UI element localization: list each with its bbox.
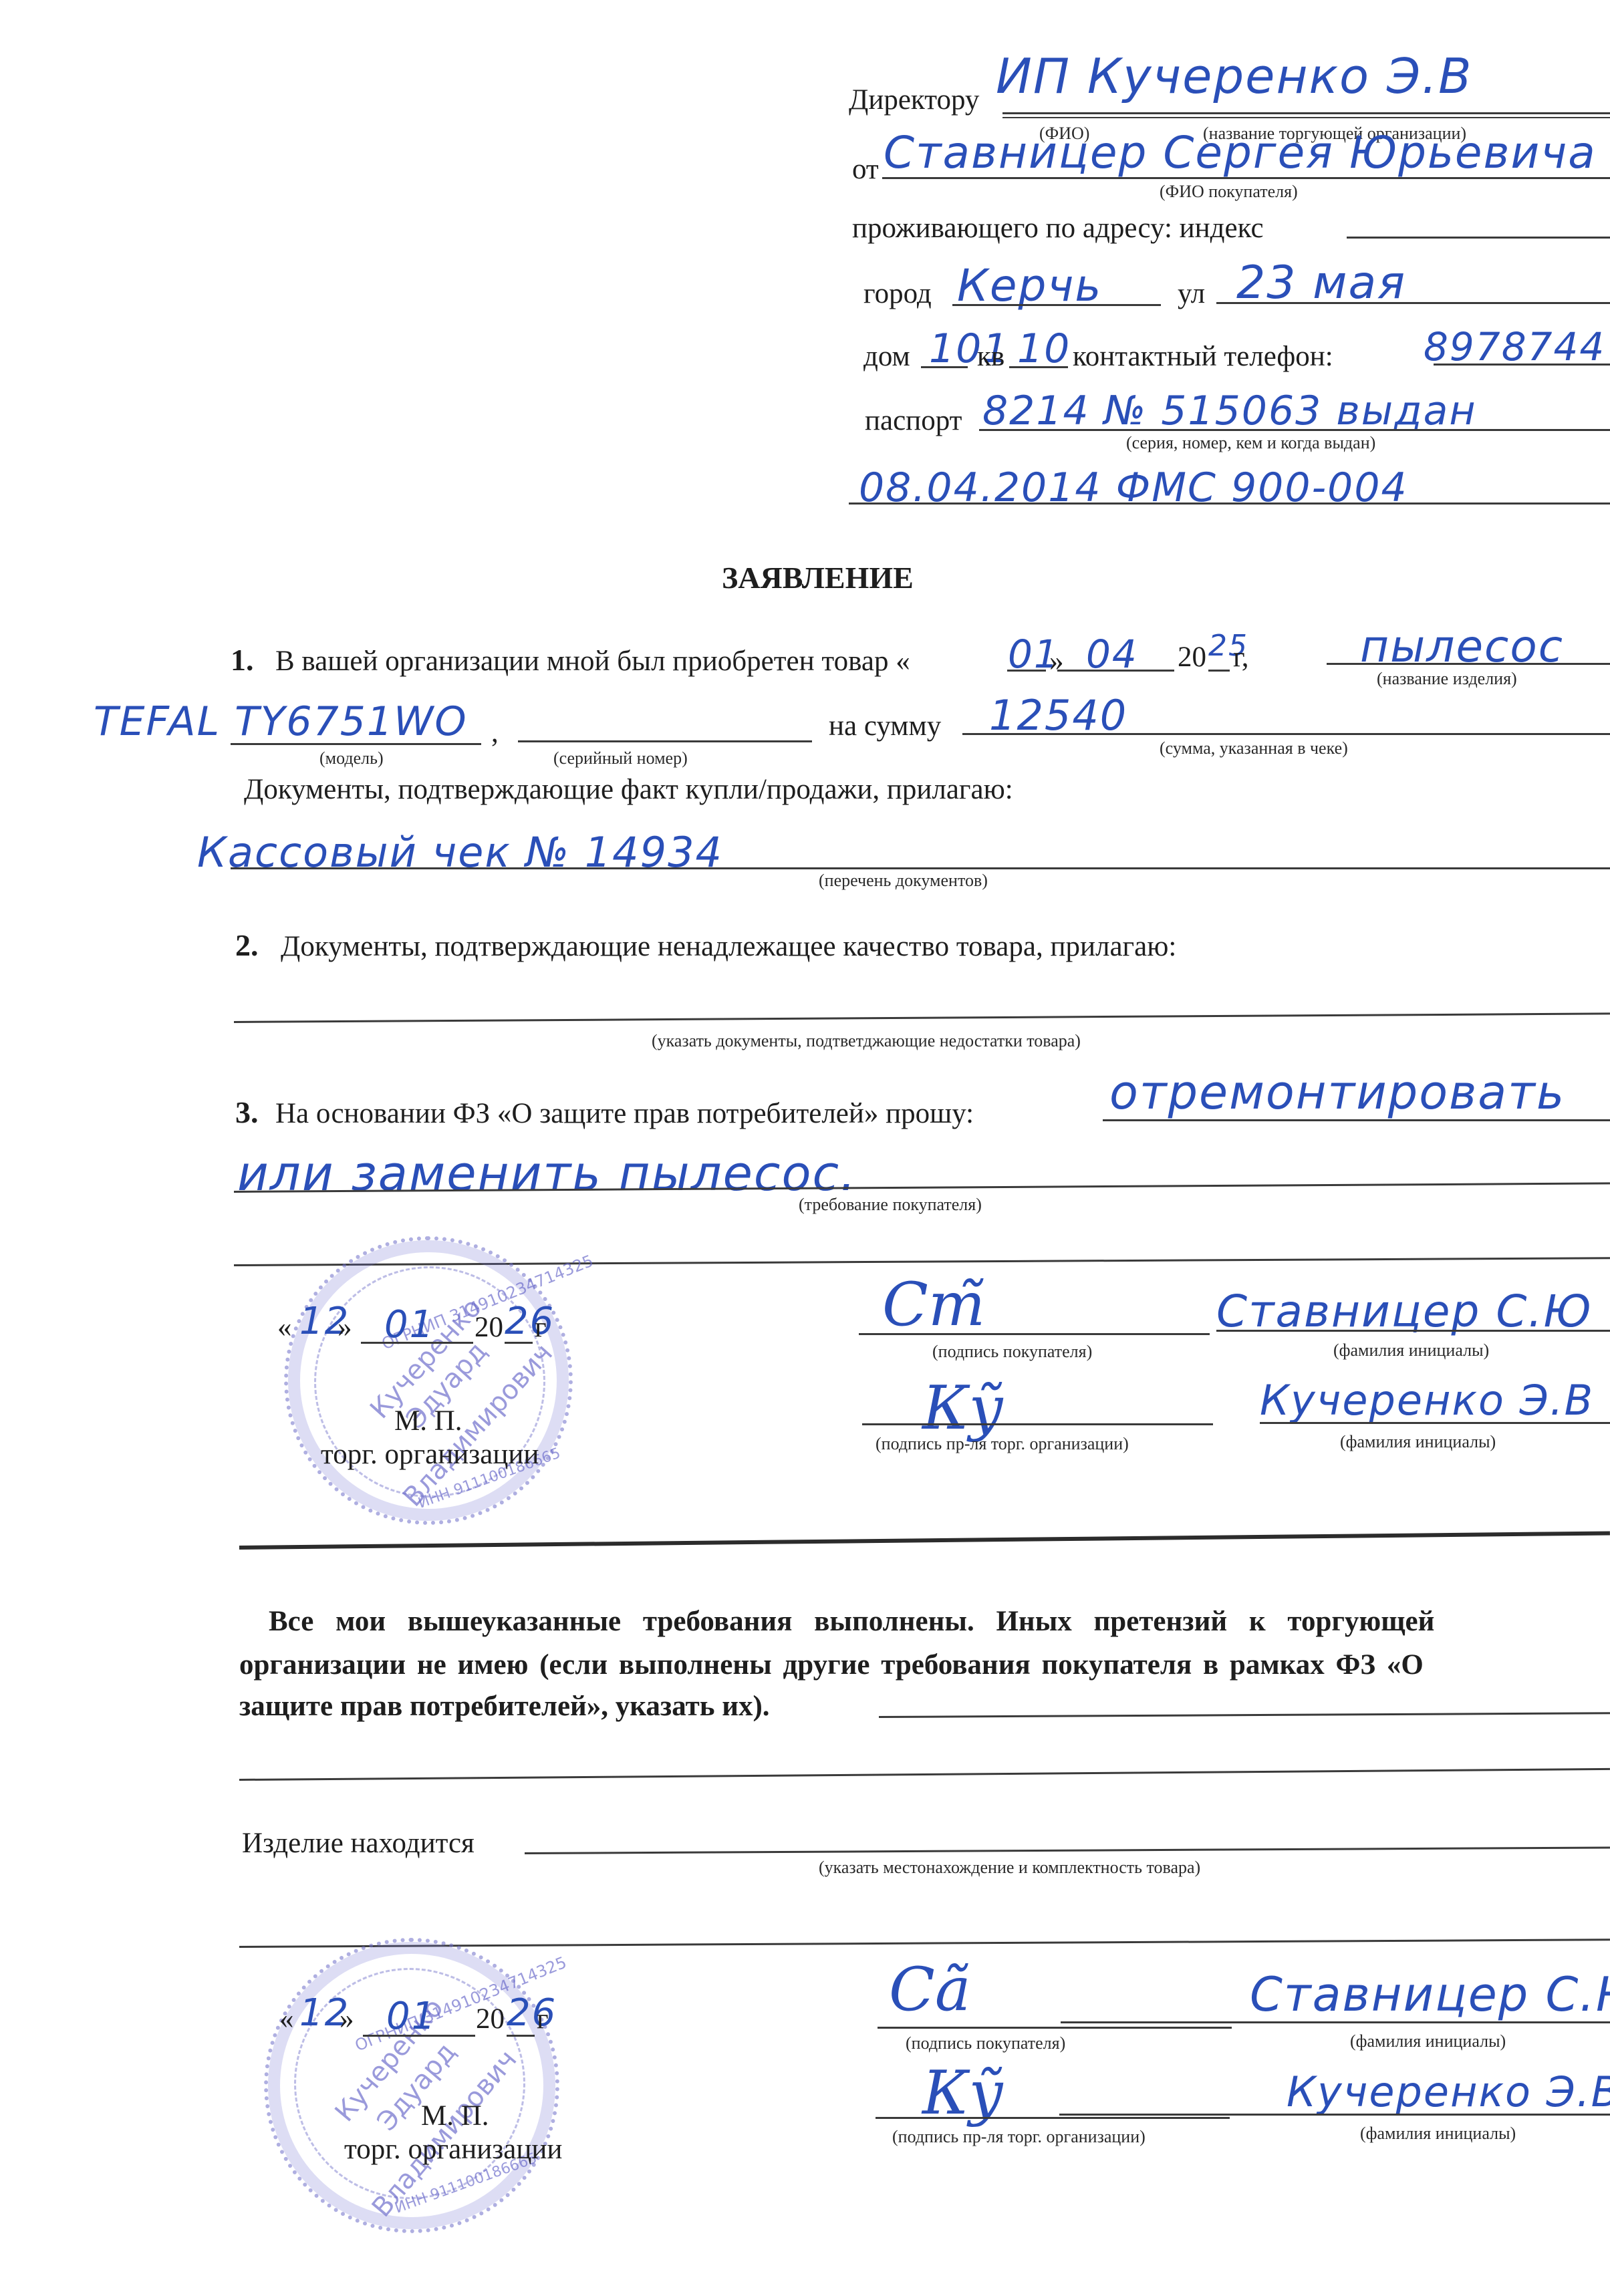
section-2-caption: (указать документы, подтветджающие недос… — [652, 1032, 1081, 1050]
apt-value[interactable]: 10 — [1017, 329, 1071, 369]
address-label: проживающего по адресу: индекс — [852, 214, 1264, 243]
buyer-signature-underline-1 — [859, 1333, 1210, 1335]
passport-underline-2 — [849, 503, 1610, 505]
model-value[interactable]: TEFAL TY6751WO — [94, 702, 468, 742]
sig2-year-end: г — [537, 2005, 549, 2033]
product-name-underline — [1327, 663, 1610, 665]
phone-value[interactable]: 8978744 22 — [1424, 327, 1610, 366]
seller-name-1[interactable]: Кучеренко Э.В — [1260, 1380, 1594, 1421]
sig2-mp-caption: торг. организации — [344, 2135, 562, 2164]
from-label: от — [852, 155, 879, 184]
completion-text-line1: Все мои вышеуказанные требования выполне… — [269, 1607, 1434, 1636]
model-comma: , — [491, 718, 499, 747]
apt-label: кв — [977, 342, 1004, 371]
section-separator — [239, 1532, 1610, 1550]
sum-label: на сумму — [829, 712, 941, 740]
street-underline — [1216, 302, 1610, 304]
buyer-name-caption-1: (фамилия инициалы) — [1333, 1342, 1489, 1359]
document-title: ЗАЯВЛЕНИЕ — [722, 560, 914, 595]
passport-label: паспорт — [865, 406, 962, 435]
passport-caption: (серия, номер, кем и когда выдан) — [1126, 434, 1375, 452]
passport-value[interactable]: 8214 № 515063 выдан — [982, 391, 1477, 431]
serial-underline[interactable] — [518, 740, 812, 742]
buyer-sig-caption-1: (подпись покупателя) — [932, 1343, 1092, 1360]
sig1-month-underline — [361, 1342, 473, 1344]
sig2-month-underline — [363, 2035, 475, 2037]
sig2-year-suffix[interactable]: 26 — [507, 1995, 557, 2032]
buyer-name-underline-2 — [1061, 2021, 1610, 2023]
from-value[interactable]: Ставницер Сергея Юрьевича — [884, 131, 1597, 175]
director-underline-2 — [1002, 117, 1610, 118]
house-label: дом — [863, 342, 910, 371]
sig2-month[interactable]: 01 — [386, 1998, 436, 2035]
sig2-date-close: » — [340, 2005, 354, 2033]
buyer-name-caption-2: (фамилия инициалы) — [1350, 2033, 1506, 2050]
sig2-year-prefix: 20 — [476, 2005, 505, 2033]
purchase-year-prefix: 20 — [1178, 643, 1206, 672]
from-underline — [882, 177, 1610, 179]
location-label: Изделие находится — [242, 1829, 475, 1858]
model-underline — [231, 743, 481, 745]
sig1-year-underline — [505, 1342, 533, 1344]
buyer-name-2[interactable]: Ставницер С.Ю — [1250, 1971, 1610, 2018]
index-underline[interactable] — [1347, 237, 1610, 239]
completion-text-line3: защите прав потребителей», указать их). — [239, 1692, 770, 1721]
buyer-sig-caption-2: (подпись покупателя) — [906, 2035, 1065, 2052]
sig1-month[interactable]: 01 — [384, 1306, 434, 1344]
seller-signature-underline-1 — [862, 1423, 1213, 1425]
phone-label: контактный телефон: — [1073, 342, 1333, 371]
house-underline — [921, 366, 968, 368]
seller-name-2[interactable]: Кучеренко Э.В — [1287, 2071, 1610, 2113]
section-1-text: В вашей организации мной был приобретен … — [275, 647, 910, 676]
demand-value-line1[interactable]: отремонтировать — [1109, 1069, 1565, 1116]
passport-underline — [979, 429, 1610, 431]
sum-underline — [962, 733, 1610, 735]
sum-value[interactable]: 12540 — [989, 695, 1127, 736]
sum-caption: (сумма, указанная в чеке) — [1160, 740, 1348, 757]
section-3-text: На основании ФЗ «О защите прав потребите… — [275, 1099, 974, 1128]
section-2-underline[interactable] — [234, 1012, 1610, 1023]
seller-name-underline-1 — [1260, 1422, 1610, 1424]
buyer-signature-underline-2 — [878, 2027, 1232, 2029]
sig2-date-open: « — [279, 2005, 294, 2033]
sig1-year-suffix[interactable]: 26 — [505, 1303, 555, 1340]
docs-caption: (перечень документов) — [819, 872, 988, 889]
sig2-year-underline — [507, 2035, 535, 2037]
seller-name-caption-1: (фамилия инициалы) — [1340, 1433, 1496, 1451]
docs-underline — [231, 867, 1610, 869]
phone-underline — [1434, 364, 1610, 366]
other-demands-underline[interactable] — [879, 1712, 1610, 1718]
city-label: город — [863, 279, 932, 308]
sig1-year-prefix: 20 — [475, 1313, 503, 1342]
buyer-signature-2[interactable]: Са̃ — [889, 1955, 971, 2025]
location-underline[interactable] — [525, 1846, 1610, 1854]
purchase-month-underline — [1057, 670, 1174, 672]
director-value[interactable]: ИП Кучеренко Э.В — [996, 52, 1473, 100]
director-underline — [1002, 112, 1610, 114]
purchase-year-end: г, — [1233, 643, 1249, 672]
demand-underline-1 — [1103, 1119, 1610, 1121]
buyer-signature-1[interactable]: Ст̃ — [882, 1270, 985, 1340]
purchase-year-underline — [1208, 670, 1230, 672]
sig1-year-end: г — [535, 1313, 547, 1342]
passport-value-2[interactable]: 08.04.2014 ФМС 900-004 — [859, 468, 1408, 508]
other-demands-underline-2[interactable] — [239, 1768, 1610, 1781]
docs-label: Документы, подтверждающие факт купли/про… — [244, 775, 1013, 804]
purchase-day-underline — [1007, 670, 1046, 672]
buyer-name-underline-1 — [1216, 1330, 1610, 1332]
from-caption: (ФИО покупателя) — [1160, 183, 1298, 200]
city-underline — [952, 304, 1161, 306]
completion-text-line2: организации не имею (если выполнены друг… — [239, 1651, 1424, 1679]
seller-sig-caption-2: (подпись пр-ля торг. организации) — [892, 2128, 1146, 2146]
sig1-date-close: » — [338, 1313, 352, 1342]
section-3-number: 3. — [235, 1097, 259, 1128]
apt-underline — [1009, 366, 1068, 368]
section-2-text: Документы, подтверждающие ненадлежащее к… — [281, 932, 1176, 961]
sig1-mp-caption: торг. организации — [321, 1440, 539, 1469]
street-label: ул — [1178, 279, 1205, 308]
purchase-month[interactable]: 04 — [1086, 635, 1138, 674]
seller-name-caption-2: (фамилия инициалы) — [1360, 2125, 1516, 2142]
seller-signature-underline-2 — [876, 2117, 1230, 2119]
sig2-mp: М. П. — [421, 2102, 489, 2130]
seller-signature-1[interactable]: Ку̃ — [922, 1373, 1004, 1443]
city-value[interactable]: Керчь — [957, 264, 1102, 308]
buyer-name-1[interactable]: Ставницер С.Ю — [1216, 1290, 1593, 1334]
model-caption: (модель) — [319, 750, 384, 767]
director-label: Директору — [849, 86, 979, 114]
section-2-number: 2. — [235, 930, 259, 961]
seller-name-underline-2 — [1059, 2114, 1610, 2116]
section-1-number: 1. — [231, 645, 254, 676]
seller-sig-caption-1: (подпись пр-ля торг. организации) — [876, 1435, 1129, 1453]
sig1-date-open: « — [277, 1313, 292, 1342]
product-name-caption: (название изделия) — [1377, 670, 1517, 688]
sig1-mp: М. П. — [394, 1407, 462, 1435]
location-caption: (указать местонахождение и комплектность… — [819, 1859, 1200, 1876]
serial-caption: (серийный номер) — [553, 750, 688, 767]
demand-caption: (требование покупателя) — [799, 1196, 982, 1213]
street-value[interactable]: 23 мая — [1236, 261, 1406, 306]
